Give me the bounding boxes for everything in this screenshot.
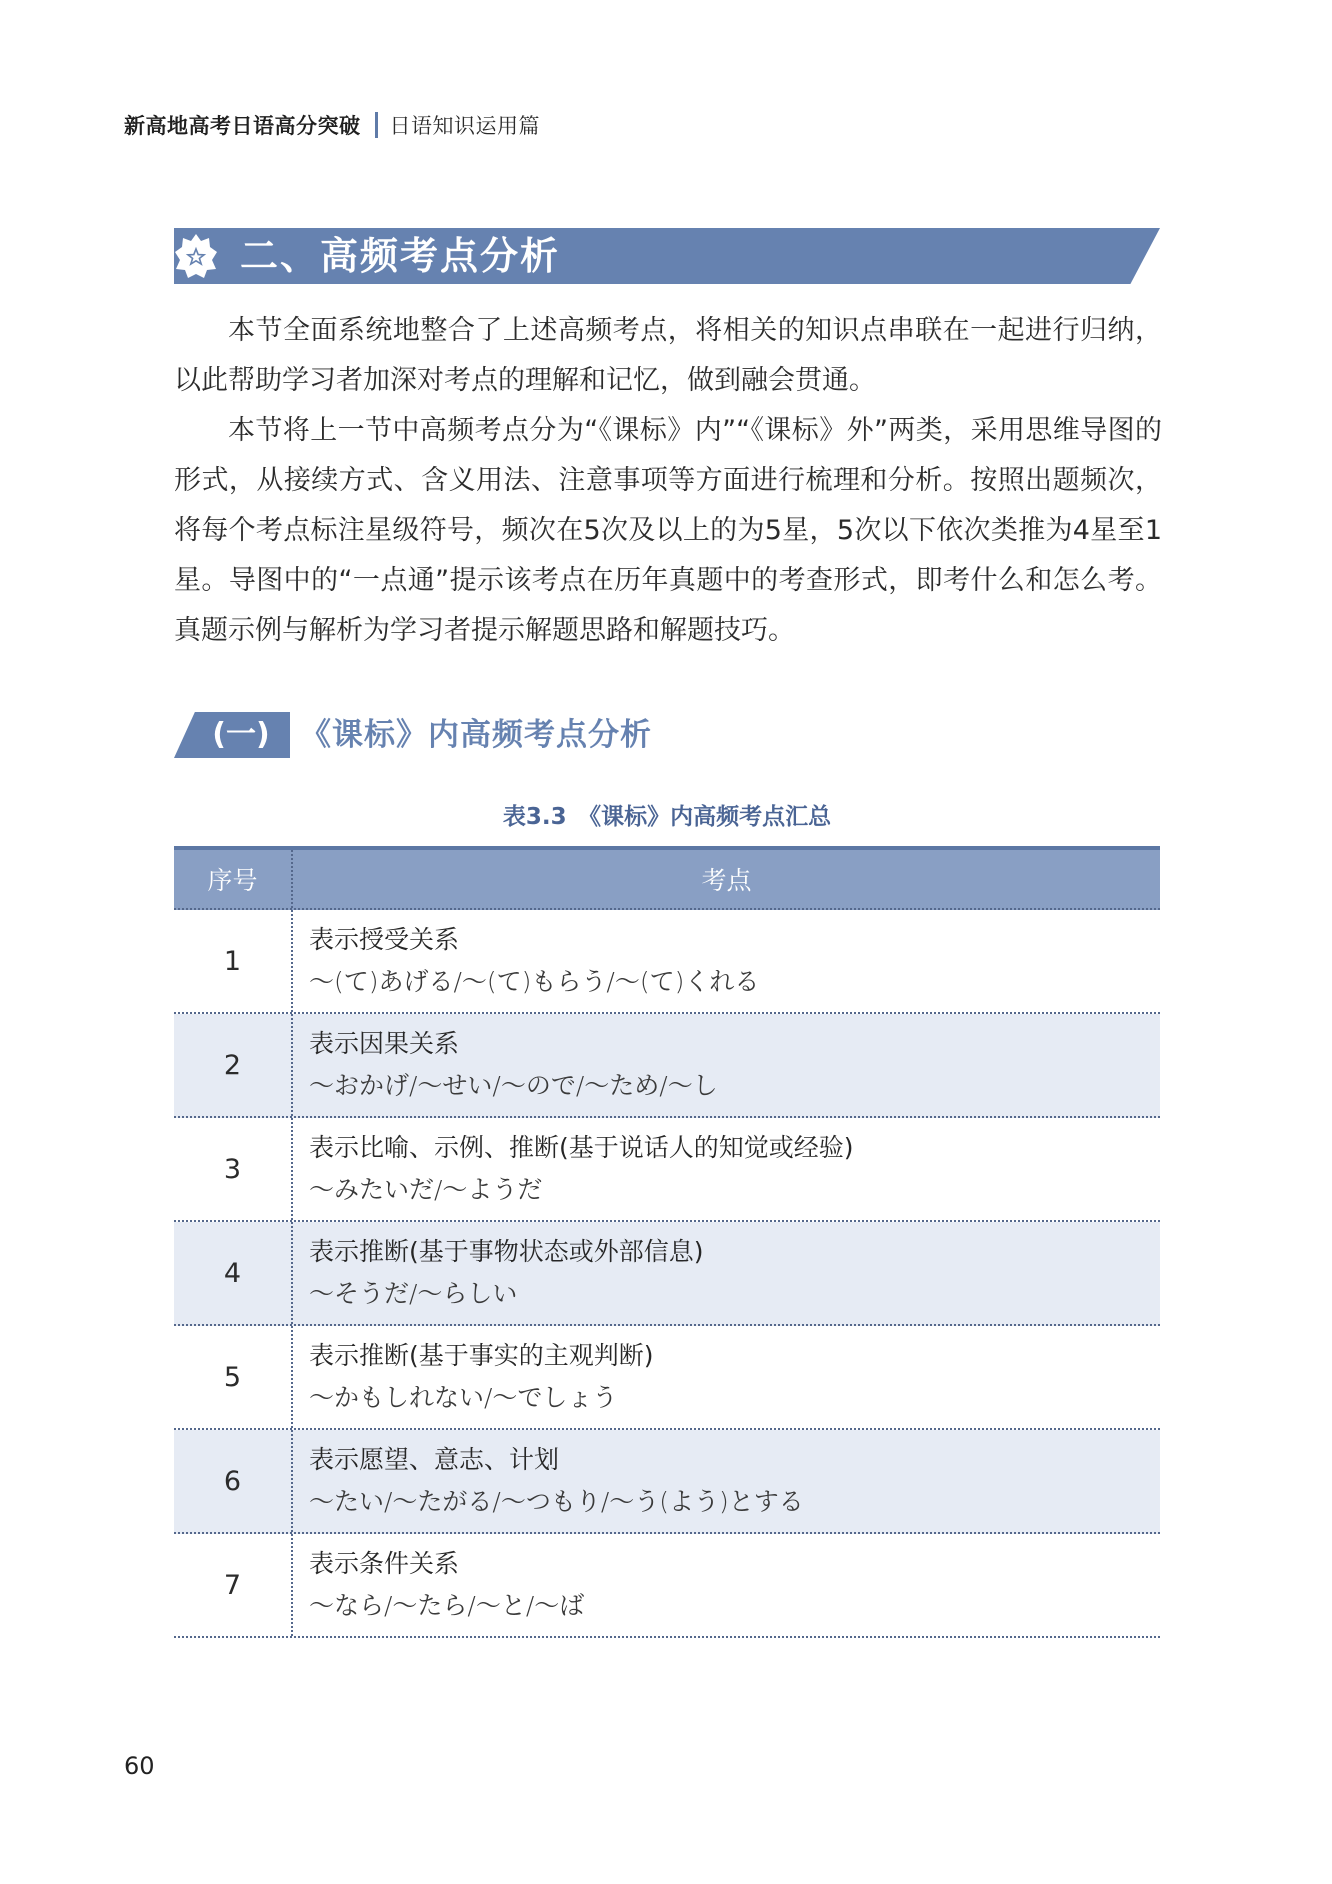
grammar-forms: ～かもしれない/～でしょう [309,1377,1160,1419]
table-row: 5 表示推断(基于事实的主观判断) ～かもしれない/～でしょう [174,1326,1160,1430]
grammar-forms: ～なら/～たら/～と/～ば [309,1585,1160,1627]
part-title: 日语知识运用篇 [390,110,541,140]
page-number: 60 [124,1752,155,1780]
row-content: 表示推断(基于事物状态或外部信息) ～そうだ/～らしい [293,1222,1160,1324]
row-number: 5 [174,1326,293,1428]
table-caption: 表3.3 《课标》内高频考点汇总 [174,798,1160,831]
row-content: 表示因果关系 ～おかげ/～せい/～ので/～ため/～し [293,1014,1160,1116]
row-content: 表示比喻、示例、推断(基于说话人的知觉或经验) ～みたいだ/～ようだ [293,1118,1160,1220]
paragraph-text: 本节全面系统地整合了上述高频考点，将相关的知识点串联在一起进行归纳，以此帮助学习… [174,306,1162,406]
row-content: 表示推断(基于事实的主观判断) ～かもしれない/～でしょう [293,1326,1160,1428]
section-banner: 二、高频考点分析 [174,228,1160,284]
row-number: 3 [174,1118,293,1220]
grammar-point: 表示因果关系 [309,1023,1160,1065]
grammar-forms: ～みたいだ/～ようだ [309,1169,1160,1211]
grammar-point: 表示条件关系 [309,1543,1160,1585]
grammar-point: 表示比喻、示例、推断(基于说话人的知觉或经验) [309,1127,1160,1169]
grammar-point: 表示愿望、意志、计划 [309,1439,1160,1481]
grammar-forms: ～そうだ/～らしい [309,1273,1160,1315]
grammar-forms: ～(て)あげる/～(て)もらう/～(て)くれる [309,961,1160,1003]
row-content: 表示条件关系 ～なら/～たら/～と/～ば [293,1534,1160,1636]
intro-paragraph-1: 本节全面系统地整合了上述高频考点，将相关的知识点串联在一起进行归纳，以此帮助学习… [174,306,1162,406]
header-cell-point: 考点 [293,850,1160,908]
grammar-forms: ～たい/～たがる/～つもり/～う(よう)とする [309,1481,1160,1523]
table-row: 3 表示比喻、示例、推断(基于说话人的知觉或经验) ～みたいだ/～ようだ [174,1118,1160,1222]
row-number: 1 [174,910,293,1012]
grammar-point: 表示推断(基于事物状态或外部信息) [309,1231,1160,1273]
header-divider [375,112,378,138]
summary-table: 序号 考点 1 表示授受关系 ～(て)あげる/～(て)もらう/～(て)くれる 2… [174,846,1160,1638]
table-row: 2 表示因果关系 ～おかげ/～せい/～ので/～ため/～し [174,1014,1160,1118]
grammar-point: 表示推断(基于事实的主观判断) [309,1335,1160,1377]
subsection-tag: (一) [174,712,290,758]
row-number: 7 [174,1534,293,1636]
grammar-point: 表示授受关系 [309,919,1160,961]
table-row: 6 表示愿望、意志、计划 ～たい/～たがる/～つもり/～う(よう)とする [174,1430,1160,1534]
grammar-forms: ～おかげ/～せい/～ので/～ため/～し [309,1065,1160,1107]
table-row: 1 表示授受关系 ～(て)あげる/～(て)もらう/～(て)くれる [174,910,1160,1014]
book-title: 新高地高考日语高分突破 [124,110,361,140]
row-content: 表示授受关系 ～(て)あげる/～(て)もらう/～(て)くれる [293,910,1160,1012]
cherry-blossom-star-icon [174,232,218,280]
row-number: 6 [174,1430,293,1532]
intro-paragraph-2: 本节将上一节中高频考点分为“《课标》内”“《课标》外”两类，采用思维导图的形式，… [174,406,1162,656]
paragraph-text: 本节将上一节中高频考点分为“《课标》内”“《课标》外”两类，采用思维导图的形式，… [174,406,1162,656]
running-header: 新高地高考日语高分突破 日语知识运用篇 [124,108,540,142]
table-header-row: 序号 考点 [174,846,1160,910]
header-cell-number: 序号 [174,850,293,908]
subsection-title: 《课标》内高频考点分析 [300,712,652,758]
subsection-tag-label: (一) [196,712,286,758]
section-title: 二、高频考点分析 [240,228,560,284]
row-number: 2 [174,1014,293,1116]
row-number: 4 [174,1222,293,1324]
table-row: 7 表示条件关系 ～なら/～たら/～と/～ば [174,1534,1160,1638]
row-content: 表示愿望、意志、计划 ～たい/～たがる/～つもり/～う(よう)とする [293,1430,1160,1532]
table-row: 4 表示推断(基于事物状态或外部信息) ～そうだ/～らしい [174,1222,1160,1326]
